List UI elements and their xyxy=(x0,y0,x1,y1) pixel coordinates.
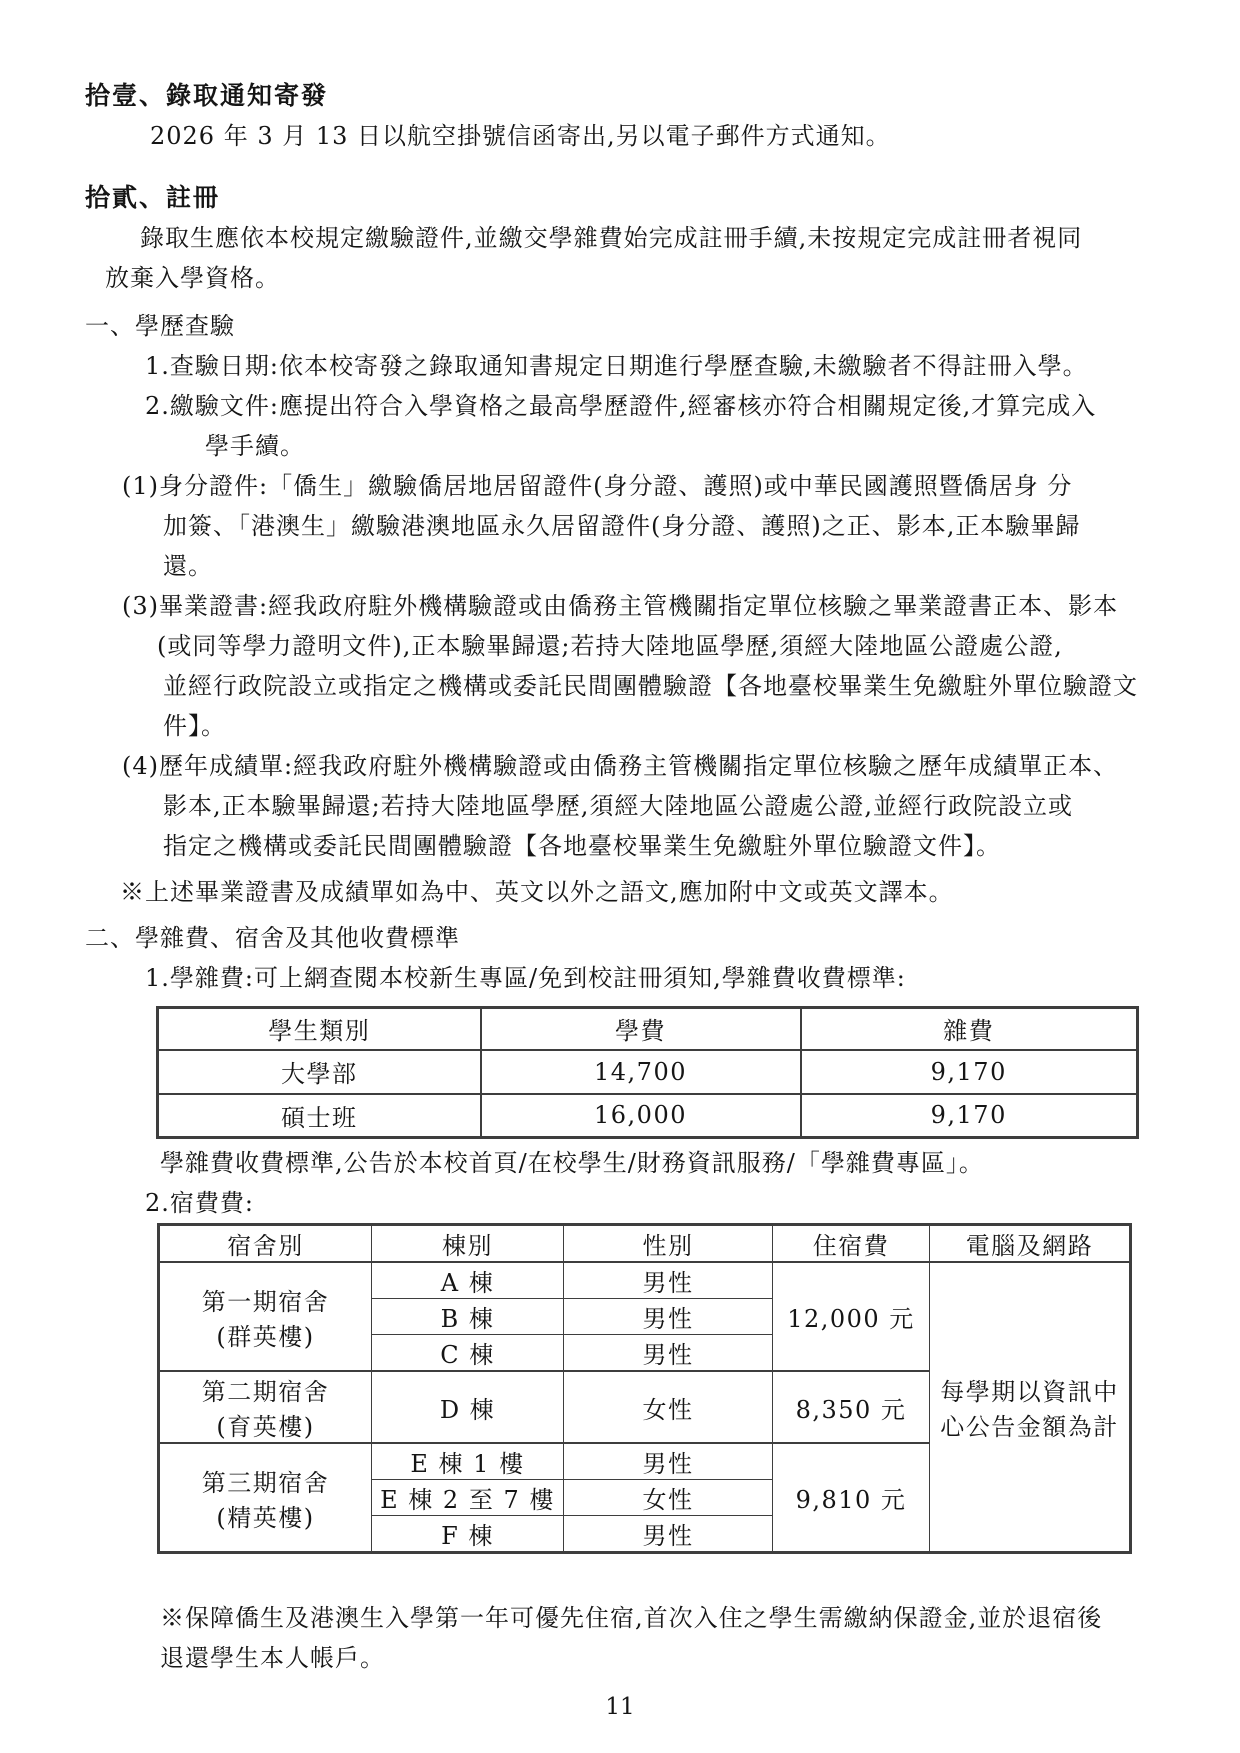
section-12-intro-line-1: 錄取生應依本校規定繳驗證件,並繳交學雜費始完成註冊手續,未按規定完成註冊者視同 xyxy=(140,218,1155,258)
dorm-cell-gender: 男性 xyxy=(564,1335,773,1372)
dorm-cell-network-note: 每學期以資訊中 心公告金額為計 xyxy=(930,1262,1131,1553)
dorm-cell-gender: 男性 xyxy=(564,1443,773,1480)
fee-header-category: 學生類別 xyxy=(158,1008,481,1050)
dorm-header-dormitory: 宿舍別 xyxy=(159,1225,372,1263)
dorm-cell-gender: 女性 xyxy=(564,1371,773,1443)
dorm-cell-group-1-name: 第一期宿舍 (群英樓) xyxy=(159,1262,372,1371)
part1-item-1: 1.查驗日期:依本校寄發之錄取通知書規定日期進行學歷查驗,未繳驗者不得註冊入學。 xyxy=(145,346,1155,386)
part1-subitem-4-line-1: (4)歷年成績單:經我政府駐外機構驗證或由僑務主管機關指定單位核驗之歷年成績單正… xyxy=(122,746,1155,786)
fee-table-row-master: 碩士班 16,000 9,170 xyxy=(158,1094,1138,1138)
dorm-cell-gender: 男性 xyxy=(564,1516,773,1553)
dorm-header-fee: 住宿費 xyxy=(773,1225,930,1263)
heading-part-1: 一、學歷查驗 xyxy=(85,306,1155,346)
dorm-cell-group-2-name: 第二期宿舍 (育英樓) xyxy=(159,1371,372,1443)
dorm-cell-building: D 棟 xyxy=(372,1371,564,1443)
heading-section-11: 拾壹、錄取通知寄發 xyxy=(85,76,1155,116)
fee-header-misc: 雜費 xyxy=(801,1008,1138,1050)
dorm-cell-building: F 棟 xyxy=(372,1516,564,1553)
part1-subitem-1-line-3: 還。 xyxy=(163,546,1155,586)
heading-part-2: 二、學雜費、宿舍及其他收費標準 xyxy=(85,918,1155,958)
dorm-cell-group-3-name: 第三期宿舍 (精英樓) xyxy=(159,1443,372,1553)
part1-translation-note: ※上述畢業證書及成績單如為中、英文以外之語文,應加附中文或英文譯本。 xyxy=(120,872,1155,912)
part1-subitem-1-line-1: (1)身分證件:「僑生」繳驗僑居地居留證件(身分證、護照)或中華民國護照暨僑居身… xyxy=(122,466,1155,506)
dorm-cell-group-2-fee: 8,350 元 xyxy=(773,1371,930,1443)
part2-item-2: 2.宿費費: xyxy=(145,1183,1155,1223)
fee-cell-misc: 9,170 xyxy=(801,1094,1138,1138)
dorm-row-a: 第一期宿舍 (群英樓) A 棟 男性 12,000 元 每學期以資訊中 心公告金… xyxy=(159,1262,1131,1299)
document-page: 拾壹、錄取通知寄發 2026 年 3 月 13 日以航空掛號信函寄出,另以電子郵… xyxy=(0,0,1240,1753)
fee-cell-misc: 9,170 xyxy=(801,1050,1138,1094)
part1-subitem-1-line-2: 加簽、「港澳生」繳驗港澳地區永久居留證件(身分證、護照)之正、影本,正本驗畢歸 xyxy=(163,506,1155,546)
fee-table-row-undergrad: 大學部 14,700 9,170 xyxy=(158,1050,1138,1094)
section-12-intro-line-2: 放棄入學資格。 xyxy=(105,258,1155,298)
fee-cell-category: 碩士班 xyxy=(158,1094,481,1138)
heading-section-12: 拾貳、註冊 xyxy=(85,178,1155,218)
fee-table-header-row: 學生類別 學費 雜費 xyxy=(158,1008,1138,1050)
dorm-cell-gender: 男性 xyxy=(564,1262,773,1299)
part2-item-1: 1.學雜費:可上網查閱本校新生專區/免到校註冊須知,學雜費收費標準: xyxy=(145,958,1155,998)
dorm-header-building: 棟別 xyxy=(372,1225,564,1263)
part1-subitem-4-line-3: 指定之機構或委託民間團體驗證【各地臺校畢業生免繳駐外單位驗證文件】。 xyxy=(163,826,1155,866)
part1-item-2-cont: 學手續。 xyxy=(205,426,1155,466)
fee-table: 學生類別 學費 雜費 大學部 14,700 9,170 碩士班 16,000 9… xyxy=(156,1006,1139,1139)
part1-subitem-3-line-3: 並經行政院設立或指定之機構或委託民間團體驗證【各地臺校畢業生免繳駐外單位驗證文 xyxy=(163,666,1155,706)
dorm-note-line-2: 退還學生本人帳戶。 xyxy=(160,1638,1155,1678)
fee-cell-tuition: 16,000 xyxy=(481,1094,801,1138)
dorm-cell-building: E 棟 1 樓 xyxy=(372,1443,564,1480)
part1-subitem-4-line-2: 影本,正本驗畢歸還;若持大陸地區學歷,須經大陸地區公證處公證,並經行政院設立或 xyxy=(163,786,1155,826)
fee-cell-tuition: 14,700 xyxy=(481,1050,801,1094)
dorm-cell-building: E 棟 2 至 7 樓 xyxy=(372,1480,564,1516)
page-number: 11 xyxy=(85,1692,1155,1722)
part1-item-2: 2.繳驗文件:應提出符合入學資格之最高學歷證件,經審核亦符合相關規定後,才算完成… xyxy=(145,386,1155,426)
section-11-body: 2026 年 3 月 13 日以航空掛號信函寄出,另以電子郵件方式通知。 xyxy=(150,116,1155,156)
part1-subitem-3-line-1: (3)畢業證書:經我政府駐外機構驗證或由僑務主管機關指定單位核驗之畢業證書正本、… xyxy=(122,586,1155,626)
dorm-header-network: 電腦及網路 xyxy=(930,1225,1131,1263)
dorm-cell-building: A 棟 xyxy=(372,1262,564,1299)
dorm-cell-gender: 女性 xyxy=(564,1480,773,1516)
part1-subitem-3-line-2: (或同等學力證明文件),正本驗畢歸還;若持大陸地區學歷,須經大陸地區公證處公證, xyxy=(157,626,1155,666)
dorm-table-header-row: 宿舍別 棟別 性別 住宿費 電腦及網路 xyxy=(159,1225,1131,1263)
dorm-cell-group-1-fee: 12,000 元 xyxy=(773,1262,930,1371)
dorm-cell-building: C 棟 xyxy=(372,1335,564,1372)
fee-cell-category: 大學部 xyxy=(158,1050,481,1094)
dorm-cell-building: B 棟 xyxy=(372,1299,564,1335)
dorm-table: 宿舍別 棟別 性別 住宿費 電腦及網路 第一期宿舍 (群英樓) A 棟 男性 1… xyxy=(157,1223,1132,1554)
dorm-note-line-1: ※保障僑生及港澳生入學第一年可優先住宿,首次入住之學生需繳納保證金,並於退宿後 xyxy=(160,1598,1155,1638)
part1-subitem-3-line-4: 件】。 xyxy=(163,706,1155,746)
dorm-cell-group-3-fee: 9,810 元 xyxy=(773,1443,930,1553)
dorm-header-gender: 性別 xyxy=(564,1225,773,1263)
dorm-cell-gender: 男性 xyxy=(564,1299,773,1335)
fee-table-note: 學雜費收費標準,公告於本校首頁/在校學生/財務資訊服務/「學雜費專區」。 xyxy=(160,1143,1155,1183)
fee-header-tuition: 學費 xyxy=(481,1008,801,1050)
